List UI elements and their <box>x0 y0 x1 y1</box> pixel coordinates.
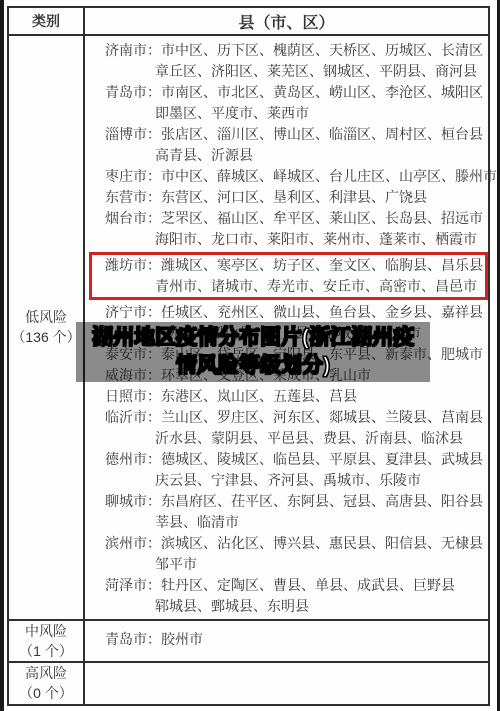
entry-line: 滨州市：滨城区、沾化区、博兴县、惠民县、阳信县、无棣县 <box>105 533 500 554</box>
entry-line: 沂水县、蒙阴县、平邑县、费县、沂南县、临沭县 <box>105 428 500 449</box>
medium-risk-entries-cell: 青岛市：胶州市 <box>85 621 488 661</box>
entry-line: 德州市：德城区、陵城区、临邑县、平原县、夏津县、武城县 <box>105 449 500 470</box>
entry-line: 章丘区、济阳区、莱芜区、钢城区、平阴县、商河县 <box>105 61 500 82</box>
medium-risk-label-cell: 中风险 （1 个） <box>9 621 85 661</box>
medium-risk-label: 中风险 <box>25 621 67 641</box>
region-header-label: 县（市、区） <box>238 10 334 33</box>
city-entry: 临沂市：兰山区、罗庄区、河东区、郯城县、兰陵县、莒南县沂水县、蒙阴县、平邑县、费… <box>105 407 500 449</box>
entry-line: 即墨区、平度市、莱西市 <box>105 103 500 124</box>
entry-line: 青岛市：胶州市 <box>105 629 484 650</box>
risk-row-medium: 中风险 （1 个） 青岛市：胶州市 <box>9 621 488 663</box>
city-entry: 济南市：市中区、历下区、槐荫区、天桥区、历城区、长清区章丘区、济阳区、莱芜区、钢… <box>105 40 500 82</box>
high-risk-label-cell: 高风险 （0 个） <box>9 663 85 705</box>
watermark-overlay: 湖州地区疫情分布图片(浙江湖州疫 情风险等级划分) <box>76 322 430 382</box>
entry-line: 海阳市、龙口市、莱阳市、莱州市、蓬莱市、栖霞市 <box>105 229 500 250</box>
entry-line: 潍坊市：潍城区、寒亭区、坊子区、奎文区、临朐县、昌乐县 <box>105 255 483 276</box>
entry-line: 莘县、临清市 <box>105 512 500 533</box>
city-entry: 淄博市：张店区、淄川区、博山区、临淄区、周村区、桓台县高青县、沂源县 <box>105 124 500 166</box>
city-entry: 青岛市：胶州市 <box>105 629 484 650</box>
medium-risk-count: （1 个） <box>19 641 73 661</box>
entry-line: 东营市：东营区、河口区、垦利区、利津县、广饶县 <box>105 187 500 208</box>
high-risk-count: （0 个） <box>19 683 73 703</box>
entry-line: 郓城县、鄄城县、东明县 <box>105 596 500 617</box>
city-entry: 青岛市：市南区、市北区、黄岛区、崂山区、李沧区、城阳区即墨区、平度市、莱西市 <box>105 82 500 124</box>
city-entry: 聊城市：东昌府区、茌平区、东阿县、冠县、高唐县、阳谷县莘县、临清市 <box>105 491 500 533</box>
low-risk-label: 低风险 <box>25 307 67 327</box>
city-entry: 东营市：东营区、河口区、垦利区、利津县、广饶县 <box>105 187 500 208</box>
entry-line: 济宁市：任城区、兖州区、微山县、鱼台县、金乡县、嘉祥县 <box>105 302 500 323</box>
risk-row-high: 高风险 （0 个） <box>9 663 488 705</box>
entry-line: 菏泽市：牡丹区、定陶区、曹县、单县、成武县、巨野县 <box>105 575 500 596</box>
city-entry: 滨州市：滨城区、沾化区、博兴县、惠民县、阳信县、无棣县邹平市 <box>105 533 500 575</box>
city-entry: 德州市：德城区、陵城区、临邑县、平原县、夏津县、武城县庆云县、宁津县、齐河县、禹… <box>105 449 500 491</box>
entry-line: 庆云县、宁津县、齐河县、禹城市、乐陵市 <box>105 470 500 491</box>
entry-line: 枣庄市：市中区、薛城区、峄城区、台儿庄区、山亭区、滕州市 <box>105 166 500 187</box>
city-entry: 枣庄市：市中区、薛城区、峄城区、台儿庄区、山亭区、滕州市 <box>105 166 500 187</box>
entry-line: 临沂市：兰山区、罗庄区、河东区、郯城县、兰陵县、莒南县 <box>105 407 500 428</box>
low-risk-label-cell: 低风险 （136 个） <box>9 36 85 619</box>
category-header-cell: 类别 <box>9 8 85 34</box>
watermark-line-2: 情风险等级划分) <box>176 352 330 380</box>
table-header-row: 类别 县（市、区） <box>9 8 488 36</box>
entry-line: 聊城市：东昌府区、茌平区、东阿县、冠县、高唐县、阳谷县 <box>105 491 500 512</box>
region-header-cell: 县（市、区） <box>85 8 488 34</box>
entry-line: 日照市：东港区、岚山区、五莲县、莒县 <box>105 386 500 407</box>
city-entry: 菏泽市：牡丹区、定陶区、曹县、单县、成武县、巨野县郓城县、鄄城县、东明县 <box>105 575 500 617</box>
entry-line: 青州市、诸城市、寿光市、安丘市、高密市、昌邑市 <box>105 276 483 297</box>
watermark-line-1: 湖州地区疫情分布图片(浙江湖州疫 <box>92 324 414 352</box>
category-header-label: 类别 <box>32 11 60 31</box>
entry-line: 烟台市：芝罘区、福山区、牟平区、莱山区、长岛县、招远市 <box>105 208 500 229</box>
city-entry: 烟台市：芝罘区、福山区、牟平区、莱山区、长岛县、招远市海阳市、龙口市、莱阳市、莱… <box>105 208 500 250</box>
entry-line: 淄博市：张店区、淄川区、博山区、临淄区、周村区、桓台县 <box>105 124 500 145</box>
high-risk-label: 高风险 <box>25 663 67 683</box>
entry-line: 青岛市：市南区、市北区、黄岛区、崂山区、李沧区、城阳区 <box>105 82 500 103</box>
city-entry: 日照市：东港区、岚山区、五莲县、莒县 <box>105 386 500 407</box>
entry-line: 高青县、沂源县 <box>105 145 500 166</box>
photo-edge-left <box>0 0 4 711</box>
high-risk-entries-cell <box>85 663 488 705</box>
entry-line: 济南市：市中区、历下区、槐荫区、天桥区、历城区、长清区 <box>105 40 500 61</box>
low-risk-count: （136 个） <box>11 327 80 347</box>
entry-line: 邹平市 <box>105 554 500 575</box>
city-entry-highlighted: 潍坊市：潍城区、寒亭区、坊子区、奎文区、临朐县、昌乐县青州市、诸城市、寿光市、安… <box>89 252 488 300</box>
